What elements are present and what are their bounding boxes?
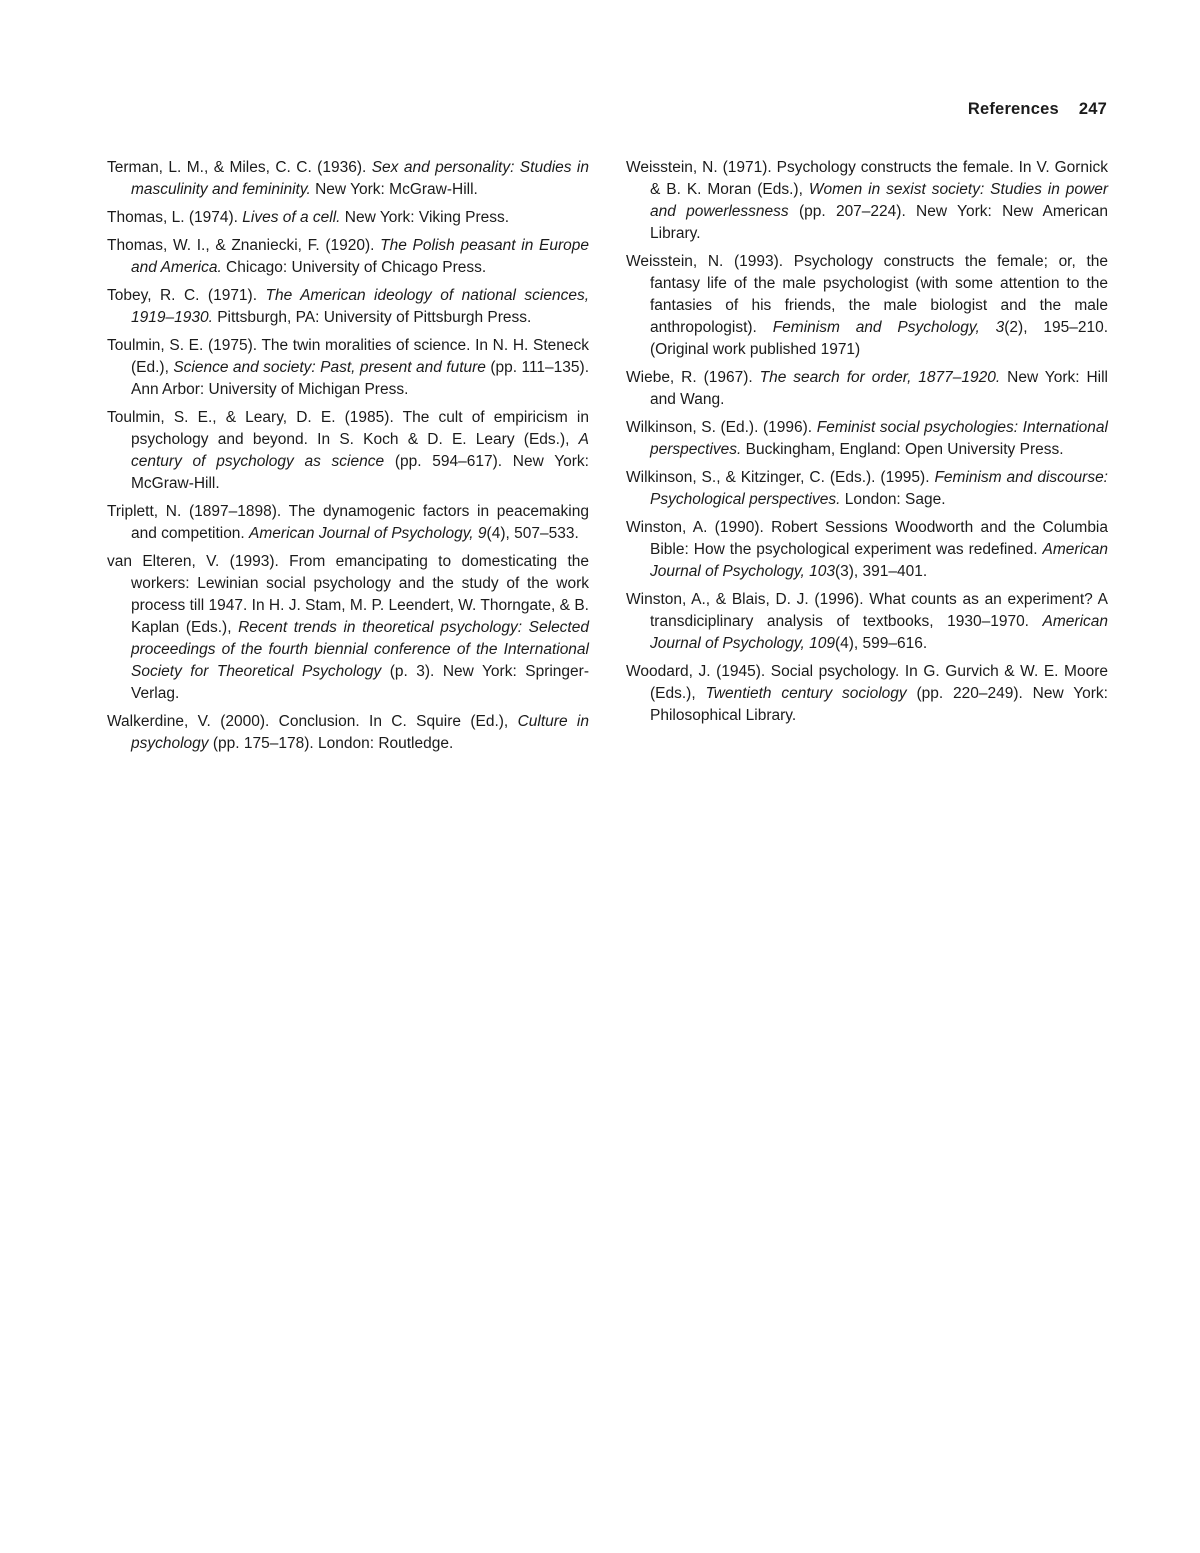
reference-text-segment: New York: Viking Press. [340,209,509,226]
reference-entry: Winston, A., & Blais, D. J. (1996). What… [626,589,1108,655]
reference-entry: Toulmin, S. E., & Leary, D. E. (1985). T… [107,407,589,495]
reference-entry: Triplett, N. (1897–1898). The dynamogeni… [107,501,589,545]
reference-title-segment: The search for order, 1877–1920. [760,369,1001,386]
references-list: Terman, L. M., & Miles, C. C. (1936). Se… [107,157,1108,761]
reference-entry: Tobey, R. C. (1971). The American ideolo… [107,285,589,329]
reference-entry: Wilkinson, S., & Kitzinger, C. (Eds.). (… [626,467,1108,511]
reference-text-segment: Terman, L. M., & Miles, C. C. (1936). [107,159,372,176]
reference-text-segment: Wilkinson, S. (Ed.). (1996). [626,419,817,436]
references-page: References 247 Terman, L. M., & Miles, C… [0,0,1200,1553]
reference-text-segment: London: Sage. [840,491,945,508]
reference-title-segment: Lives of a cell. [242,209,340,226]
reference-text-segment: Thomas, L. (1974). [107,209,242,226]
reference-entry: Weisstein, N. (1971). Psychology constru… [626,157,1108,245]
reference-text-segment: Chicago: University of Chicago Press. [222,259,486,276]
reference-text-segment: Winston, A., & Blais, D. J. (1996). What… [626,591,1108,630]
reference-entry: Woodard, J. (1945). Social psychology. I… [626,661,1108,727]
references-column-right: Weisstein, N. (1971). Psychology constru… [626,157,1108,761]
reference-text-segment: Thomas, W. I., & Znaniecki, F. (1920). [107,237,380,254]
reference-text-segment: (pp. 175–178). London: Routledge. [209,735,454,752]
reference-text-segment: New York: McGraw-Hill. [311,181,478,198]
reference-entry: van Elteren, V. (1993). From emancipatin… [107,551,589,705]
reference-entry: Thomas, W. I., & Znaniecki, F. (1920). T… [107,235,589,279]
reference-entry: Walkerdine, V. (2000). Conclusion. In C.… [107,711,589,755]
page-number: 247 [1079,100,1107,119]
reference-entry: Thomas, L. (1974). Lives of a cell. New … [107,207,589,229]
page-header: References 247 [968,100,1107,119]
reference-text-segment: Toulmin, S. E., & Leary, D. E. (1985). T… [107,409,589,448]
reference-title-segment: American Journal of Psychology, 9 [249,525,487,542]
reference-entry: Wiebe, R. (1967). The search for order, … [626,367,1108,411]
reference-entry: Winston, A. (1990). Robert Sessions Wood… [626,517,1108,583]
reference-text-segment: (4), 507–533. [487,525,579,542]
reference-text-segment: Tobey, R. C. (1971). [107,287,266,304]
reference-text-segment: (4), 599–616. [835,635,927,652]
reference-entry: Terman, L. M., & Miles, C. C. (1936). Se… [107,157,589,201]
references-column-left: Terman, L. M., & Miles, C. C. (1936). Se… [107,157,589,761]
reference-title-segment: Science and society: Past, present and f… [173,359,486,376]
reference-text-segment: Wilkinson, S., & Kitzinger, C. (Eds.). (… [626,469,934,486]
reference-entry: Weisstein, N. (1993). Psychology constru… [626,251,1108,361]
reference-title-segment: Feminism and Psychology, 3 [773,319,1005,336]
reference-text-segment: (3), 391–401. [835,563,927,580]
reference-text-segment: Buckingham, England: Open University Pre… [741,441,1063,458]
reference-text-segment: Winston, A. (1990). Robert Sessions Wood… [626,519,1108,558]
reference-entry: Toulmin, S. E. (1975). The twin moraliti… [107,335,589,401]
reference-text-segment: Wiebe, R. (1967). [626,369,760,386]
reference-text-segment: Walkerdine, V. (2000). Conclusion. In C.… [107,713,518,730]
reference-text-segment: Pittsburgh, PA: University of Pittsburgh… [213,309,531,326]
running-head-title: References [968,100,1059,119]
reference-entry: Wilkinson, S. (Ed.). (1996). Feminist so… [626,417,1108,461]
reference-title-segment: Twentieth century sociology [705,685,906,702]
